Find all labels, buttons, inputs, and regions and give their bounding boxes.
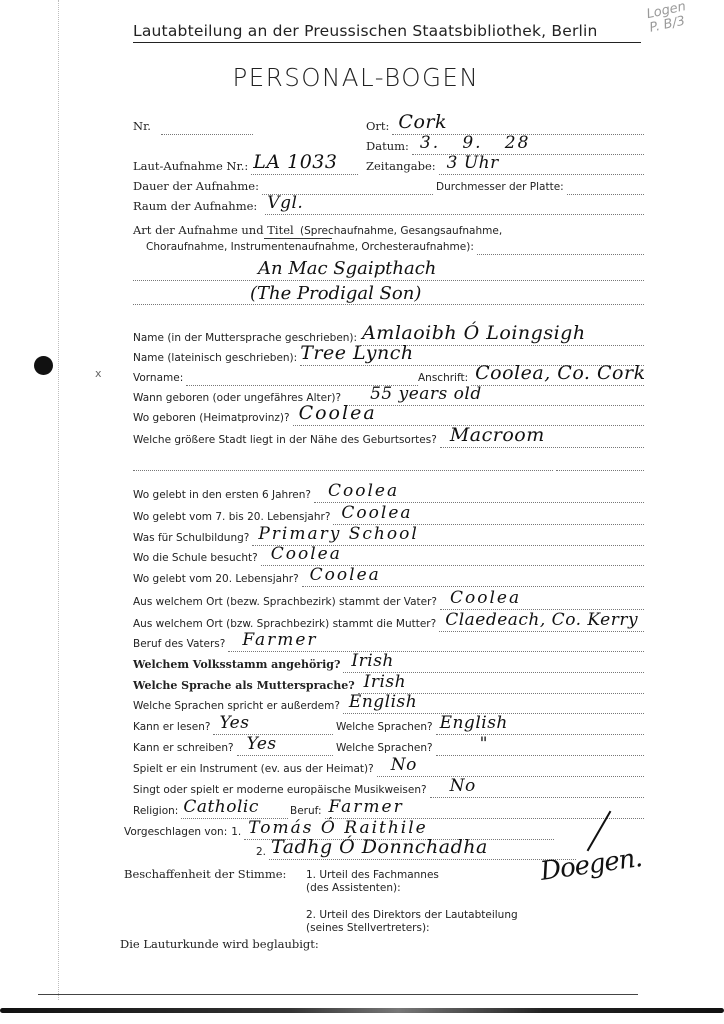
lesen-value: Yes xyxy=(219,713,249,733)
geboren-value: 55 years old xyxy=(370,384,482,404)
raum-field[interactable]: Vgl. xyxy=(265,196,644,215)
row-moderne: Singt oder spielt er moderne europäische… xyxy=(133,778,644,798)
dauer-label: Dauer der Aufnahme: xyxy=(133,179,259,195)
schulbildung-value: Primary School xyxy=(258,524,418,544)
stadt-extra-line-2 xyxy=(556,470,644,471)
row-vorname: Vorname: xyxy=(133,366,418,386)
row-lesen-sprachen: Welche Sprachen? English xyxy=(336,715,644,735)
muttersprache-label: Welche Sprache als Muttersprache? xyxy=(133,679,355,694)
muttersprache-value: Irish xyxy=(364,672,406,692)
title-line-1 xyxy=(133,280,644,281)
proposed-1-num: 1. xyxy=(231,826,241,840)
lesen-field[interactable]: Yes xyxy=(213,716,333,735)
schule-label: Wo die Schule besucht? xyxy=(133,552,258,566)
schule-field[interactable]: Coolea xyxy=(261,547,644,566)
row-proposed-2: 2. Tadhg Ó Donnchadha xyxy=(256,840,576,860)
datum-value: 3. 9. 28 xyxy=(420,133,531,153)
beruf-vater-field[interactable]: Farmer xyxy=(228,633,644,652)
lesen-sprachen-label: Welche Sprachen? xyxy=(336,721,433,735)
row-art-line2: Choraufnahme, Instrumentenaufnahme, Orch… xyxy=(146,235,644,255)
certified-label: Die Lauturkunde wird beglaubigt: xyxy=(120,938,319,951)
proposed-2-field[interactable]: Tadhg Ó Donnchadha xyxy=(269,841,576,860)
archive-note: Logen P. B/3 xyxy=(646,0,691,36)
row-instrument: Spielt er ein Instrument (ev. aus der He… xyxy=(133,757,644,777)
row-mutter-ort: Aus welchem Ort (bzw. Sprachbezirk) stam… xyxy=(133,612,644,632)
schulbildung-label: Was für Schulbildung? xyxy=(133,532,249,546)
voice-label: Beschaffenheit der Stimme: xyxy=(124,868,286,881)
religion-label: Religion: xyxy=(133,805,178,819)
row-schreiben-sprachen: Welche Sprachen? " xyxy=(336,736,644,756)
religion-field[interactable]: Catholic xyxy=(181,800,288,819)
mutter-ort-value: Claedeach, Co. Kerry xyxy=(445,610,638,630)
volksstamm-value: Irish xyxy=(351,651,393,671)
name-latin-label: Name (lateinisch geschrieben): xyxy=(133,352,297,366)
title-line-2 xyxy=(133,304,644,305)
row-volksstamm: Welchem Volksstamm angehörig? Irish xyxy=(133,653,644,673)
laut-nr-value: LA 1033 xyxy=(253,151,337,173)
art-label-line2: Choraufnahme, Instrumentenaufnahme, Orch… xyxy=(146,241,474,255)
ab20-label: Wo gelebt vom 20. Lebensjahr? xyxy=(133,573,299,587)
stray-ink-mark: ⅹ xyxy=(95,367,102,380)
lesen-sprachen-field[interactable]: English xyxy=(436,716,644,735)
volksstamm-field[interactable]: Irish xyxy=(343,654,644,673)
voice-expert-line2: (des Assistenten): xyxy=(306,882,401,895)
voice-director-line1: 2. Urteil des Direktors der Lautabteilun… xyxy=(306,909,518,922)
proposed-2-num: 2. xyxy=(256,846,266,860)
row-religion: Religion: Catholic xyxy=(133,799,288,819)
erste-jahre-value: Coolea xyxy=(328,481,399,501)
zeitangabe-field[interactable]: 3 Uhr xyxy=(439,156,644,175)
name-native-value: Amlaoibh Ó Loingsigh xyxy=(362,322,585,344)
beruf-vater-label: Beruf des Vaters? xyxy=(133,638,225,652)
beruf-vater-value: Farmer xyxy=(242,630,317,650)
ab20-field[interactable]: Coolea xyxy=(302,568,644,587)
schreiben-field[interactable]: Yes xyxy=(237,737,333,756)
laut-nr-label: Laut-Aufnahme Nr.: xyxy=(133,159,248,175)
beruf-field[interactable]: Farmer xyxy=(325,800,645,819)
stadt-label: Welche größere Stadt liegt in der Nähe d… xyxy=(133,434,437,448)
instrument-field[interactable]: No xyxy=(377,758,644,777)
schreiben-sprachen-value: " xyxy=(480,734,488,754)
weitere-sprachen-value: English xyxy=(349,692,417,712)
datum-label: Datum: xyxy=(366,139,409,155)
row-jugend: Wo gelebt vom 7. bis 20. Lebensjahr? Coo… xyxy=(133,505,644,525)
row-wo-geboren: Wo geboren (Heimatprovinz)? Coolea xyxy=(133,406,644,426)
proposed-1-value: Tomás Ó Raithile xyxy=(248,818,427,838)
row-muttersprache: Welche Sprache als Muttersprache? Irish xyxy=(133,674,644,694)
page-bottom-edge xyxy=(0,1008,724,1013)
weitere-sprachen-field[interactable]: English xyxy=(343,695,644,714)
ort-label: Ort: xyxy=(366,119,389,135)
row-beruf: Beruf: Farmer xyxy=(290,799,644,819)
row-nr: Nr. xyxy=(133,115,253,135)
row-geboren: Wann geboren (oder ungefähres Alter)? 55… xyxy=(133,386,644,406)
vater-ort-label: Aus welchem Ort (bezw. Sprachbezirk) sta… xyxy=(133,596,437,610)
schreiben-label: Kann er schreiben? xyxy=(133,742,234,756)
jugend-field[interactable]: Coolea xyxy=(333,506,644,525)
row-datum: Datum: 3. 9. 28 xyxy=(366,135,644,155)
beruf-value: Farmer xyxy=(329,797,404,817)
institution-header: Lautabteilung an der Preussischen Staats… xyxy=(133,22,641,43)
mutter-ort-field[interactable]: Claedeach, Co. Kerry xyxy=(439,613,644,632)
raum-value: Vgl. xyxy=(267,193,303,213)
schreiben-sprachen-label: Welche Sprachen? xyxy=(336,742,433,756)
volksstamm-label: Welchem Volksstamm angehörig? xyxy=(133,658,340,673)
proposed-2-value: Tadhg Ó Donnchadha xyxy=(271,836,488,858)
row-dauer: Dauer der Aufnahme: xyxy=(133,175,433,195)
form-bottom-border xyxy=(38,994,638,995)
row-beruf-vater: Beruf des Vaters? Farmer xyxy=(133,632,644,652)
row-raum: Raum der Aufnahme: Vgl. xyxy=(133,195,644,215)
moderne-value: No xyxy=(450,776,476,796)
stadt-extra-line xyxy=(133,470,553,471)
row-anschrift: Anschrift: Coolea, Co. Cork xyxy=(418,366,644,386)
row-schule: Wo die Schule besucht? Coolea xyxy=(133,546,644,566)
name-latin-value: Tree Lynch xyxy=(300,342,413,364)
row-weitere-sprachen: Welche Sprachen spricht er außerdem? Eng… xyxy=(133,694,644,714)
raum-label: Raum der Aufnahme: xyxy=(133,199,257,215)
art-field[interactable] xyxy=(477,236,644,255)
durchmesser-field[interactable] xyxy=(567,176,644,195)
row-stadt: Welche größere Stadt liegt in der Nähe d… xyxy=(133,428,644,448)
jugend-value: Coolea xyxy=(341,503,412,523)
vater-ort-field[interactable]: Coolea xyxy=(440,591,644,610)
wo-geboren-label: Wo geboren (Heimatprovinz)? xyxy=(133,412,290,426)
voice-expert-line1: 1. Urteil des Fachmannes xyxy=(306,869,439,882)
nr-label: Nr. xyxy=(133,119,151,135)
durchmesser-label: Durchmesser der Platte: xyxy=(436,181,564,195)
row-ort: Ort: Cork xyxy=(366,115,644,135)
erste-jahre-label: Wo gelebt in den ersten 6 Jahren? xyxy=(133,489,311,503)
beruf-label: Beruf: xyxy=(290,805,322,819)
vorname-label: Vorname: xyxy=(133,372,183,386)
moderne-field[interactable]: No xyxy=(430,779,644,798)
ort-value: Cork xyxy=(398,111,447,133)
ab20-value: Coolea xyxy=(310,565,381,585)
row-schreiben: Kann er schreiben? Yes xyxy=(133,736,333,756)
punch-hole xyxy=(34,356,53,375)
erste-jahre-field[interactable]: Coolea xyxy=(314,484,644,503)
jugend-label: Wo gelebt vom 7. bis 20. Lebensjahr? xyxy=(133,511,330,525)
personal-bogen-form: ⅹ Lautabteilung an der Preussischen Staa… xyxy=(0,0,724,1024)
schreiben-value: Yes xyxy=(247,734,277,754)
recording-title-irish[interactable]: An Mac Sgaipthach xyxy=(258,258,436,279)
instrument-value: No xyxy=(391,755,417,775)
anschrift-value: Coolea, Co. Cork xyxy=(475,362,645,384)
lesen-sprachen-value: English xyxy=(440,713,508,733)
stadt-field[interactable]: Macroom xyxy=(440,429,644,448)
instrument-label: Spielt er ein Instrument (ev. aus der He… xyxy=(133,763,374,777)
schreiben-sprachen-field[interactable]: " xyxy=(436,737,644,756)
row-durchmesser: Durchmesser der Platte: xyxy=(436,175,644,195)
anschrift-field[interactable]: Coolea, Co. Cork xyxy=(471,367,644,386)
vater-ort-value: Coolea xyxy=(450,588,521,608)
geboren-field[interactable]: 55 years old xyxy=(344,387,644,406)
laut-nr-field[interactable]: LA 1033 xyxy=(251,156,358,175)
recording-title-english[interactable]: (The Prodigal Son) xyxy=(250,283,421,304)
weitere-sprachen-label: Welche Sprachen spricht er außerdem? xyxy=(133,700,340,714)
row-ab20: Wo gelebt vom 20. Lebensjahr? Coolea xyxy=(133,567,644,587)
lesen-label: Kann er lesen? xyxy=(133,721,210,735)
row-vater-ort: Aus welchem Ort (bezw. Sprachbezirk) sta… xyxy=(133,590,644,610)
zeitangabe-value: 3 Uhr xyxy=(447,153,499,173)
schule-value: Coolea xyxy=(271,544,342,564)
stadt-value: Macroom xyxy=(450,424,545,446)
moderne-label: Singt oder spielt er moderne europäische… xyxy=(133,784,427,798)
wo-geboren-value: Coolea xyxy=(299,402,377,424)
proposed-label: Vorgeschlagen von: xyxy=(124,826,227,840)
margin-dotted-line xyxy=(58,0,60,1000)
zeitangabe-label: Zeitangabe: xyxy=(366,159,436,175)
row-schulbildung: Was für Schulbildung? Primary School xyxy=(133,526,644,546)
form-title: PERSONAL-BOGEN xyxy=(233,63,480,92)
religion-value: Catholic xyxy=(183,797,259,817)
row-zeitangabe: Zeitangabe: 3 Uhr xyxy=(366,155,644,175)
row-lesen: Kann er lesen? Yes xyxy=(133,715,333,735)
voice-director-line2: (seines Stellvertreters): xyxy=(306,922,430,935)
row-laut-nr: Laut-Aufnahme Nr.: LA 1033 xyxy=(133,155,358,175)
row-erste-jahre: Wo gelebt in den ersten 6 Jahren? Coolea xyxy=(133,483,644,503)
nr-field[interactable] xyxy=(161,116,253,135)
